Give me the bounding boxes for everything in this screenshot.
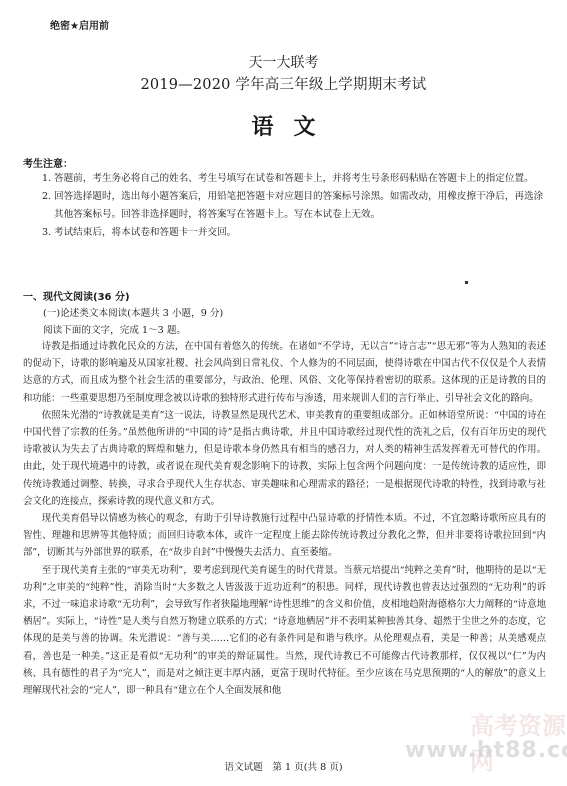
passage-paragraph: 至于现代美育主张的“审美无功利”，要考虑到现代美育诞生的时代背景。当蔡元培提出“… xyxy=(23,562,546,700)
section-heading: 一、现代文阅读(36 分) xyxy=(23,288,130,303)
notice-item-text: 回答选择题时，选出每小题答案后，用铅笔把答题卡对应题目的答案标号涂黑。如需改动，… xyxy=(54,191,543,220)
notice-item: 3. 考试结束后，将本试卷和答题卡一并交回。 xyxy=(42,224,552,242)
passage-paragraph: 诗教是指通过诗教化民众的方法，在中国有着悠久的传统。在诸如“不学诗，无以言”“诗… xyxy=(23,338,546,407)
exam-organizer-title: 天一大联考 xyxy=(0,52,567,72)
notice-item: 1. 答题前，考生务必将自己的姓名、考生号填写在试卷和答题卡上，并将考生号条形码… xyxy=(42,170,552,188)
page-footer: 语文试题 第 1 页(共 8 页) xyxy=(0,759,567,773)
notice-item-number: 3. xyxy=(42,224,51,242)
notice-list: 1. 答题前，考生务必将自己的姓名、考生号填写在试卷和答题卡上，并将考生号条形码… xyxy=(42,170,552,242)
notice-item-number: 2. xyxy=(42,188,51,206)
notice-item-text: 考试结束后，将本试卷和答题卡一并交回。 xyxy=(54,227,236,238)
reading-passage: 诗教是指通过诗教化民众的方法，在中国有着悠久的传统。在诸如“不学诗，无以言”“诗… xyxy=(23,338,546,699)
notice-item-text: 答题前，考生务必将自己的姓名、考生号填写在试卷和答题卡上，并将考生号条形码粘贴在… xyxy=(54,173,534,184)
passage-paragraph: 依照朱光潜的“诗教就是美育”这一说法，诗教显然是现代艺术、审美教育的重要组成部分… xyxy=(23,407,546,510)
subsection-heading: (一)论述类文本阅读(本题共 3 小题，9 分) xyxy=(43,305,223,319)
subject-title: 语文 xyxy=(0,110,567,141)
notice-item-number: 1. xyxy=(42,170,51,188)
exam-name-title: 2019—2020 学年高三年级上学期期末考试 xyxy=(0,73,567,94)
stray-dot-mark xyxy=(465,281,468,284)
reading-instruction: 阅读下面的文字，完成 1～3 题。 xyxy=(43,322,186,336)
notice-heading: 考生注意： xyxy=(23,155,73,170)
notice-item: 2. 回答选择题时，选出每小题答案后，用铅笔把答题卡对应题目的答案标号涂黑。如需… xyxy=(42,188,552,224)
passage-paragraph: 现代美育倡导以情感为核心的观念，有助于引导诗教施行过程中凸显诗歌的抒情性本质。不… xyxy=(23,510,546,562)
confidential-label: 绝密★启用前 xyxy=(50,17,109,32)
